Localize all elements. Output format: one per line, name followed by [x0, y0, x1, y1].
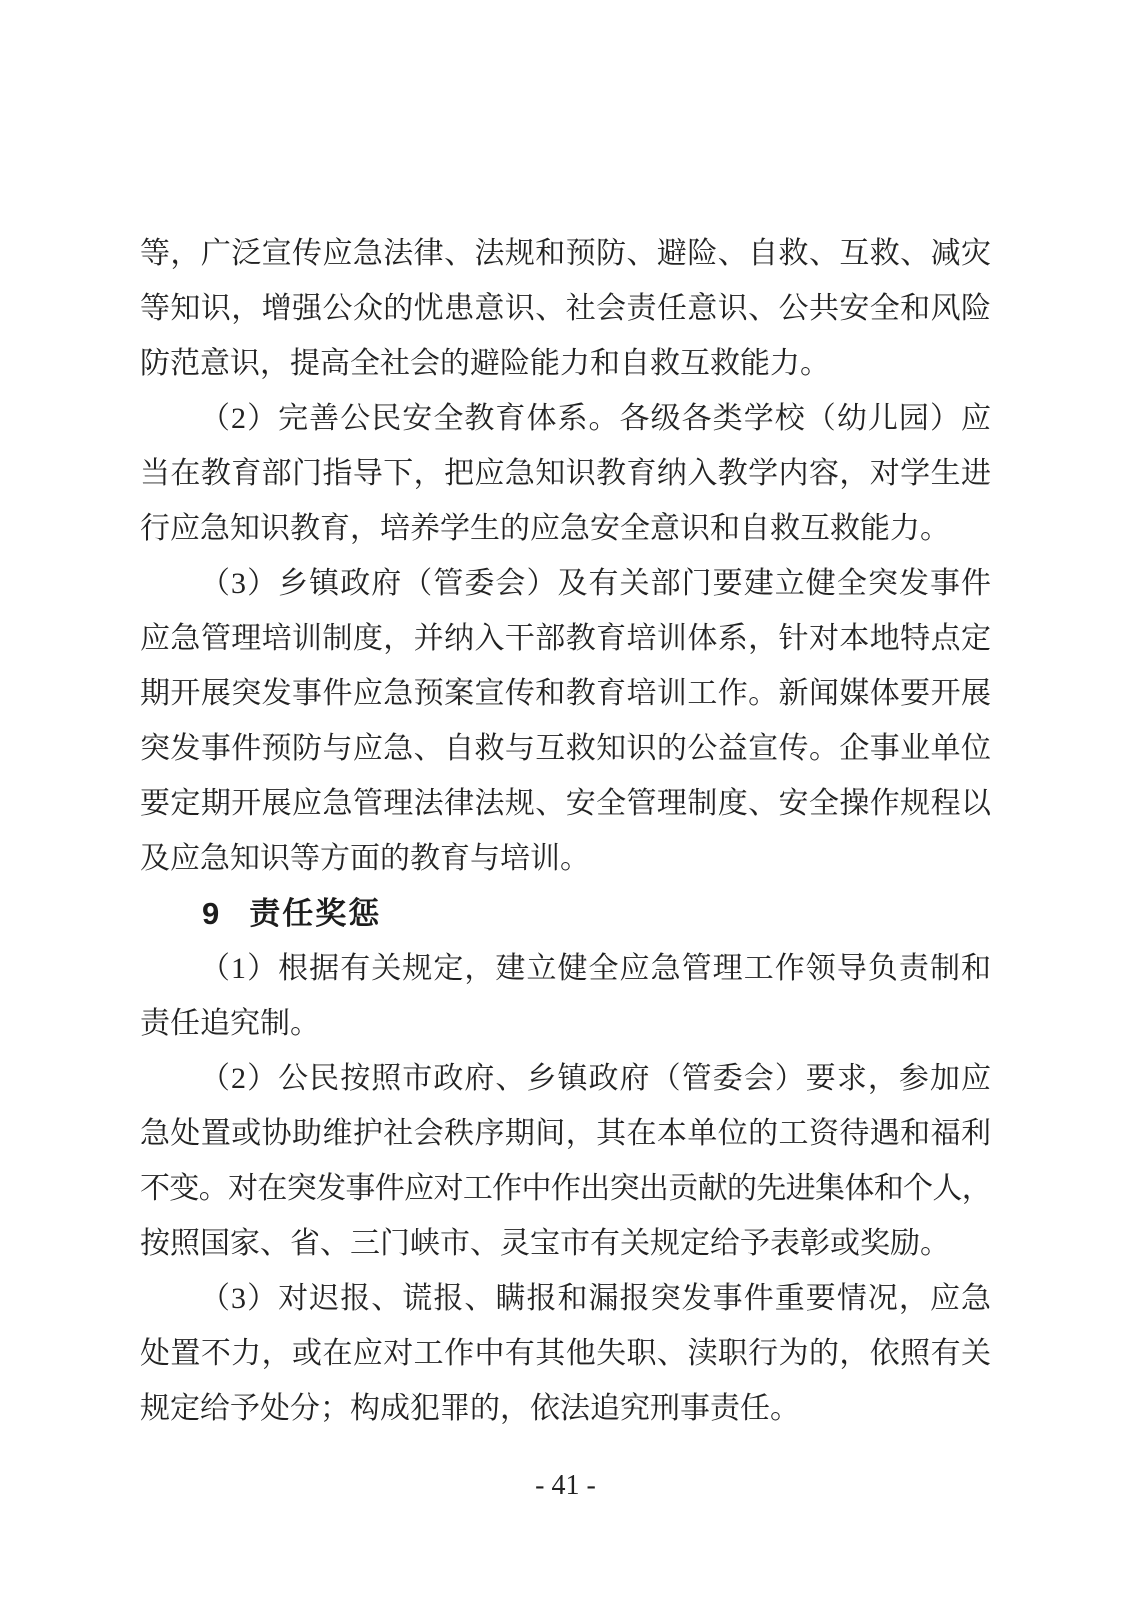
text-line: 责任追究制。 — [140, 996, 991, 1051]
text-line: 期开展突发事件应急预案宣传和教育培训工作。新闻媒体要开展 — [140, 666, 991, 721]
text-line: 按照国家、省、三门峡市、灵宝市有关规定给予表彰或奖励。 — [140, 1216, 991, 1271]
text-line: 等，广泛宣传应急法律、法规和预防、避险、自救、互救、减灾 — [140, 226, 991, 281]
page-number: - 41 - — [0, 1470, 1131, 1502]
heading-title: 责任奖惩 — [249, 896, 381, 931]
text-line: 及应急知识等方面的教育与培训。 — [140, 831, 991, 886]
document-body: 等，广泛宣传应急法律、法规和预防、避险、自救、互救、减灾等知识，增强公众的忧患意… — [140, 226, 991, 1436]
text-line: （2）完善公民安全教育体系。各级各类学校（幼儿园）应 — [140, 391, 991, 446]
text-line: 等知识，增强公众的忧患意识、社会责任意识、公共安全和风险 — [140, 281, 991, 336]
text-line: 不变。对在突发事件应对工作中作出突出贡献的先进集体和个人， — [140, 1161, 991, 1216]
text-line: 行应急知识教育，培养学生的应急安全意识和自救互救能力。 — [140, 501, 991, 556]
text-line: 处置不力，或在应对工作中有其他失职、渎职行为的，依照有关 — [140, 1326, 991, 1381]
heading-number: 9 — [202, 896, 219, 931]
document-page: 等，广泛宣传应急法律、法规和预防、避险、自救、互救、减灾等知识，增强公众的忧患意… — [0, 0, 1131, 1600]
text-line: 防范意识，提高全社会的避险能力和自救互救能力。 — [140, 336, 991, 391]
text-line: 规定给予处分；构成犯罪的，依法追究刑事责任。 — [140, 1381, 991, 1436]
text-line: （3）对迟报、谎报、瞒报和漏报突发事件重要情况，应急 — [140, 1271, 991, 1326]
text-line: （1）根据有关规定，建立健全应急管理工作领导负责制和 — [140, 941, 991, 996]
section-heading: 9责任奖惩 — [140, 886, 991, 941]
text-line: （2）公民按照市政府、乡镇政府（管委会）要求，参加应 — [140, 1051, 991, 1106]
text-line: 要定期开展应急管理法律法规、安全管理制度、安全操作规程以 — [140, 776, 991, 831]
text-line: （3）乡镇政府（管委会）及有关部门要建立健全突发事件 — [140, 556, 991, 611]
text-line: 急处置或协助维护社会秩序期间，其在本单位的工资待遇和福利 — [140, 1106, 991, 1161]
text-line: 突发事件预防与应急、自救与互救知识的公益宣传。企事业单位 — [140, 721, 991, 776]
text-line: 当在教育部门指导下，把应急知识教育纳入教学内容，对学生进 — [140, 446, 991, 501]
text-line: 应急管理培训制度，并纳入干部教育培训体系，针对本地特点定 — [140, 611, 991, 666]
